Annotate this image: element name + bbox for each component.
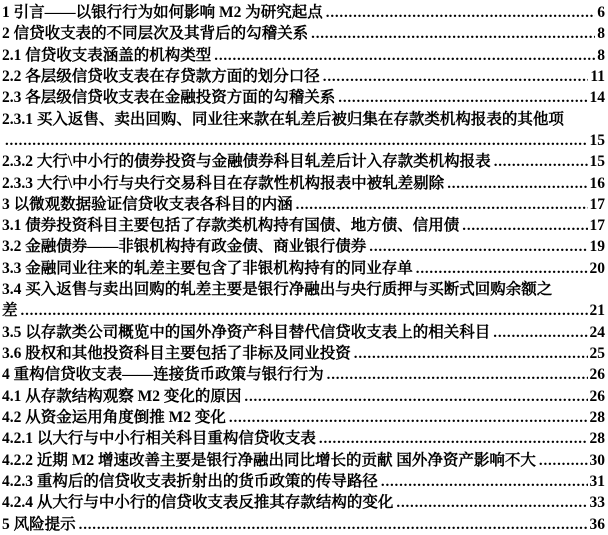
page-number: 11 bbox=[590, 66, 605, 87]
toc-entry-label: 2.1 信贷收支表涵盖的机构类型 bbox=[2, 45, 211, 66]
dot-leader bbox=[494, 151, 588, 173]
page-number: 19 bbox=[590, 236, 606, 257]
toc-entry-label: 3.3 金融同业往来的轧差主要包含了非银机构持有的同业存单 bbox=[2, 258, 413, 279]
toc-entry-2-2[interactable]: 2.2 各层级信贷收支表在存贷款方面的划分口径 11 bbox=[2, 66, 605, 87]
toc-entry-label: 4.1 从存款结构观察 M2 变化的原因 bbox=[2, 386, 241, 407]
toc-entry-label: 4 重构信贷收支表——连接货币政策与银行行为 bbox=[2, 364, 324, 385]
toc-entry-label: 3.1 债券投资科目主要包括了存款类机构持有国债、地方债、信用债 bbox=[2, 215, 459, 236]
dot-leader bbox=[396, 492, 587, 514]
toc-entry-3-6[interactable]: 3.6 股权和其他投资科目主要包括了非标及同业投资 25 bbox=[2, 343, 605, 364]
toc-entry-label: 1 引言——以银行行为如何影响 M2 为研究起点 bbox=[2, 2, 323, 23]
dot-leader bbox=[493, 322, 587, 344]
page-number: 36 bbox=[590, 514, 606, 535]
toc-entry-label: 4.2.2 近期 M2 增速改善主要是银行净融出同比增长的贡献 国外净资产影响不… bbox=[2, 450, 536, 471]
toc-entry-label: 4.2.1 以大行与中小行相关科目重构信贷收支表 bbox=[2, 428, 316, 449]
page-number: 31 bbox=[590, 471, 606, 492]
page-number: 26 bbox=[590, 386, 606, 407]
page-number: 8 bbox=[597, 23, 605, 44]
toc-entry-3-2[interactable]: 3.2 金融债券——非银机构持有政金债、商业银行债券 19 bbox=[2, 236, 605, 257]
toc-entry-label: 2.3.1 买入返售、卖出回购、同业往来款在轧差后被归集在存款类机构报表的其他项 bbox=[2, 109, 564, 130]
page-number: 30 bbox=[590, 450, 606, 471]
toc-entry-label: 4.2 从资金运用角度倒推 M2 变化 bbox=[2, 407, 226, 428]
dot-leader bbox=[311, 23, 595, 45]
page-number: 15 bbox=[590, 151, 606, 172]
page-number: 33 bbox=[590, 492, 606, 513]
toc-entry-5[interactable]: 5 风险提示 36 bbox=[2, 514, 605, 535]
dot-leader bbox=[539, 450, 588, 472]
toc-entry-2-1[interactable]: 2.1 信贷收支表涵盖的机构类型 8 bbox=[2, 45, 605, 66]
toc-entry-label: 2.3.3 大行\中小行与央行交易科目在存款性机构报表中被轧差剔除 bbox=[2, 173, 444, 194]
dot-leader bbox=[327, 364, 588, 386]
dot-leader bbox=[244, 386, 587, 408]
toc-entry-4-2[interactable]: 4.2 从资金运用角度倒推 M2 变化 28 bbox=[2, 407, 605, 428]
toc-entry-label: 3.4 买入返售与卖出回购的轧差主要是银行净融出与央行质押与买断式回购余额之 bbox=[2, 279, 552, 300]
toc-entry-label: 3.5 以存款类公司概览中的国外净资产科目替代信贷收支表上的相关科目 bbox=[2, 322, 490, 343]
toc-entry-4-2-2[interactable]: 4.2.2 近期 M2 增速改善主要是银行净融出同比增长的贡献 国外净资产影响不… bbox=[2, 450, 605, 471]
toc-entry-3-5[interactable]: 3.5 以存款类公司概览中的国外净资产科目替代信贷收支表上的相关科目 24 bbox=[2, 322, 605, 343]
toc-entry-label: 3.2 金融债券——非银机构持有政金债、商业银行债券 bbox=[2, 236, 366, 257]
dot-leader bbox=[79, 514, 588, 535]
toc-entry-2-3-3[interactable]: 2.3.3 大行\中小行与央行交易科目在存款性机构报表中被轧差剔除 16 bbox=[2, 173, 605, 194]
page-number: 6 bbox=[597, 2, 605, 23]
toc-entry-3-1[interactable]: 3.1 债券投资科目主要包括了存款类机构持有国债、地方债、信用债 17 bbox=[2, 215, 605, 236]
toc-entry-4[interactable]: 4 重构信贷收支表——连接货币政策与银行行为 26 bbox=[2, 364, 605, 385]
page-number: 14 bbox=[590, 87, 606, 108]
page-number: 24 bbox=[590, 322, 606, 343]
toc-entry-3[interactable]: 3 以微观数据验证信贷收支表各科目的内涵 17 bbox=[2, 194, 605, 215]
toc-entry-label: 4.2.4 从大行与中小行的信贷收支表反推其存款结构的变化 bbox=[2, 492, 393, 513]
toc-entry-label: 2.2 各层级信贷收支表在存贷款方面的划分口径 bbox=[2, 66, 320, 87]
dot-leader bbox=[354, 343, 588, 365]
toc-entry-4-2-3[interactable]: 4.2.3 重构后的信贷收支表折射出的货币政策的传导路径 31 bbox=[2, 471, 605, 492]
toc-entry-4-2-4[interactable]: 4.2.4 从大行与中小行的信贷收支表反推其存款结构的变化 33 bbox=[2, 492, 605, 513]
toc-entry-4-2-1[interactable]: 4.2.1 以大行与中小行相关科目重构信贷收支表 28 bbox=[2, 428, 605, 449]
page-number: 17 bbox=[590, 215, 606, 236]
dot-leader bbox=[462, 215, 587, 237]
dot-leader bbox=[5, 130, 588, 152]
page-number: 15 bbox=[590, 130, 606, 151]
toc-entry-2-3-1-continuation[interactable]: 15 bbox=[2, 130, 605, 151]
toc-page: 1 引言——以银行行为如何影响 M2 为研究起点 6 2 信贷收支表的不同层次及… bbox=[0, 0, 608, 535]
toc-entry-2-3[interactable]: 2.3 各层级信贷收支表在金融投资方面的勾稽关系 14 bbox=[2, 87, 605, 108]
dot-leader bbox=[214, 45, 595, 67]
page-number: 16 bbox=[590, 173, 606, 194]
toc-entry-3-4[interactable]: 3.4 买入返售与卖出回购的轧差主要是银行净融出与央行质押与买断式回购余额之 bbox=[2, 279, 605, 300]
dot-leader bbox=[447, 173, 587, 195]
toc-entry-4-1[interactable]: 4.1 从存款结构观察 M2 变化的原因 26 bbox=[2, 386, 605, 407]
toc-entry-label: 5 风险提示 bbox=[2, 514, 76, 535]
page-number: 20 bbox=[590, 258, 606, 279]
dot-leader bbox=[338, 87, 587, 109]
page-number: 21 bbox=[590, 300, 606, 321]
toc-entry-label: 差 bbox=[2, 300, 18, 321]
dot-leader bbox=[369, 236, 587, 258]
page-number: 28 bbox=[590, 407, 606, 428]
toc-entry-3-4-continuation[interactable]: 差 21 bbox=[2, 300, 605, 321]
page-number: 25 bbox=[590, 343, 606, 364]
dot-leader bbox=[319, 428, 588, 450]
page-number: 28 bbox=[590, 428, 606, 449]
toc-entry-label: 2.3 各层级信贷收支表在金融投资方面的勾稽关系 bbox=[2, 87, 335, 108]
toc-entry-2-3-2[interactable]: 2.3.2 大行\中小行的债券投资与金融债券科目轧差后计入存款类机构报表 15 bbox=[2, 151, 605, 172]
toc-entry-label: 2 信贷收支表的不同层次及其背后的勾稽关系 bbox=[2, 23, 308, 44]
dot-leader bbox=[21, 300, 588, 322]
dot-leader bbox=[326, 2, 595, 24]
dot-leader bbox=[296, 194, 588, 216]
dot-leader bbox=[416, 258, 588, 280]
toc-entry-3-3[interactable]: 3.3 金融同业往来的轧差主要包含了非银机构持有的同业存单 20 bbox=[2, 258, 605, 279]
toc-entry-1[interactable]: 1 引言——以银行行为如何影响 M2 为研究起点 6 bbox=[2, 2, 605, 23]
dot-leader bbox=[323, 66, 589, 88]
toc-entry-2-3-1[interactable]: 2.3.1 买入返售、卖出回购、同业往来款在轧差后被归集在存款类机构报表的其他项 bbox=[2, 109, 605, 130]
toc-entry-label: 2.3.2 大行\中小行的债券投资与金融债券科目轧差后计入存款类机构报表 bbox=[2, 151, 491, 172]
page-number: 8 bbox=[597, 45, 605, 66]
dot-leader bbox=[229, 407, 588, 429]
toc-entry-label: 3 以微观数据验证信贷收支表各科目的内涵 bbox=[2, 194, 293, 215]
toc-entry-label: 3.6 股权和其他投资科目主要包括了非标及同业投资 bbox=[2, 343, 351, 364]
page-number: 17 bbox=[590, 194, 606, 215]
toc-entry-label: 4.2.3 重构后的信贷收支表折射出的货币政策的传导路径 bbox=[2, 471, 378, 492]
dot-leader bbox=[381, 471, 588, 493]
toc-entry-2[interactable]: 2 信贷收支表的不同层次及其背后的勾稽关系 8 bbox=[2, 23, 605, 44]
page-number: 26 bbox=[590, 364, 606, 385]
